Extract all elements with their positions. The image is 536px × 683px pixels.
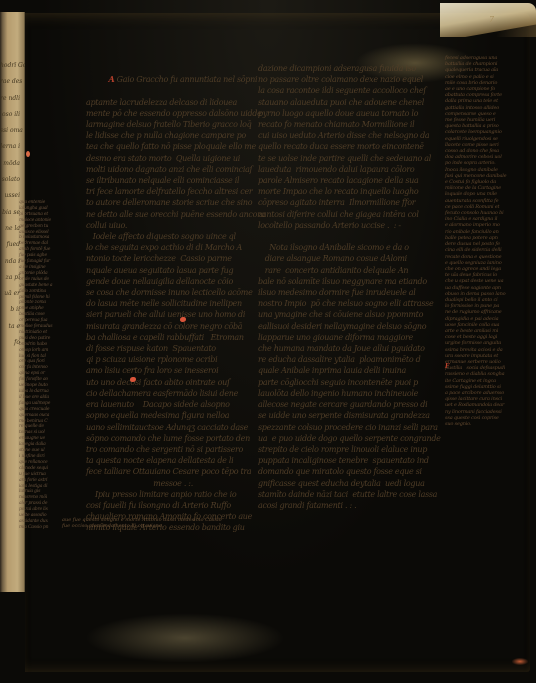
- text-line: lauolōta dello ingenio humano inchineuol…: [258, 388, 442, 399]
- text-line: acosi grandi fatamenti . : .: [258, 500, 442, 511]
- text-line: liapparue uno giouane diforma maggiore: [258, 332, 442, 343]
- text-line: cōpreso agitato interra Ilmormillione ff…: [258, 197, 442, 208]
- gloss-line: e quello segniuza lanino: [445, 260, 507, 266]
- bottom-gloss: aue fue questo songno e morte Antonio da…: [62, 517, 292, 530]
- text-line: gnificasse quest educha deytalia uedi lo…: [258, 478, 442, 489]
- right-margin-lines: fecesi adseragusa unabattallia de champi…: [445, 55, 507, 427]
- text-line: cio dellachamera easfermādo lisiui dene: [86, 388, 264, 399]
- gloss-line: suo segnio.: [445, 421, 507, 427]
- gloss-line: recate dona e questione: [445, 254, 507, 260]
- left-column-lines: aptamte lacrudelezza delcaso di lidoueam…: [86, 97, 264, 534]
- text-line: rare concerto antidianito delquale An: [258, 265, 442, 276]
- text-line: era lauenuto Dacapo sidede alsopno: [86, 399, 264, 410]
- text-line: collui uiuo.: [86, 220, 264, 231]
- text-line: uano sellimitauctsoe Adunqʒ cacciato das…: [86, 422, 264, 433]
- text-fragment: oso ili: [0, 107, 25, 123]
- text-line: ne detto alle sue orecchi puēne essendo …: [86, 209, 264, 220]
- gloss-line: qualequeria tracua aīa: [445, 67, 507, 73]
- gloss-line: auenturata sconfitta fe: [445, 198, 507, 204]
- text-line: larmagine delsuo fratello Tiberio gracco…: [86, 119, 264, 130]
- page-corner-stack: [440, 3, 536, 37]
- gloss-line: rio anibale fanciullo an: [445, 229, 507, 235]
- text-line: zantosi diferire collui che giagea intēr…: [258, 209, 442, 220]
- text-line: uto uno decosi facto abito ointrate ouſ: [86, 377, 264, 388]
- paragraph-mark-icon: [180, 317, 186, 322]
- text-line: spezzante colsuo procedere cio inanzi se…: [258, 422, 442, 433]
- text-line: no passare oltre colamano dexe nazio equ…: [258, 74, 442, 85]
- text-line: lo che seguita expo acthio di di Marcho …: [86, 242, 264, 253]
- gloss-line: rassieno e diablia songha: [445, 371, 507, 377]
- text-line: le lidisse che p nulla chagione campare …: [86, 130, 264, 141]
- red-edge-fleck: [26, 151, 30, 157]
- text-line: ba challiosa e capelli rabbuffati Etroma…: [86, 332, 264, 343]
- parchment-stain: [85, 613, 285, 663]
- text-line: Iodele affecto diquesto sogno uince ql: [86, 231, 264, 242]
- text-line: ntonio tocte lericchezze Cassio parme: [86, 253, 264, 264]
- text-line: amo lisiu certo fra loro se inesseroi: [86, 365, 264, 376]
- gloss-line: ua duffese sagionte apn: [445, 285, 507, 291]
- right-column-lines: dazione dicampioni adseragusa fuuida iso…: [258, 63, 442, 511]
- text-line: allecose negate cercare guardando presso…: [258, 399, 442, 410]
- text-line: misurata grandezza cō colore negro cōbā: [86, 321, 264, 332]
- text-line: sieri parueli che allui uenisse uno homo…: [86, 309, 264, 320]
- gloss-line: ne de rugiumo affricane: [445, 309, 507, 315]
- text-line: quale Anibale inprima lauia delli inuina: [258, 365, 442, 376]
- gloss-line: mia Cassio pn: [19, 525, 63, 531]
- gloss-line: cina elli de sidercia delli: [445, 247, 507, 253]
- text-line: la cosa racontoe ildi seguente accolloco…: [258, 85, 442, 96]
- text-line: aptamte lacrudelezza delcaso di lidouea: [86, 97, 264, 108]
- text-line: una ymagine che si cōuiene alsuo ppommto: [258, 309, 442, 320]
- left-text-column: A Gaio Graccho fu annuntiata nel sōpni a…: [86, 63, 264, 534]
- text-line: diare alsangue Romano cosue dAlomi: [258, 253, 442, 264]
- manuscript-photo: hodrī Gorae desre ndlioso ilissi omalern…: [0, 0, 536, 683]
- gloss-line: dalla prima una tele et: [445, 98, 507, 104]
- text-line: mente pō che essendo oppresso dalsōno ui…: [86, 108, 264, 119]
- text-line: quello recato duca essere morto einconte…: [258, 141, 442, 152]
- right-margin-annotations: fecesi adseragusa unabattallia de champi…: [445, 55, 507, 427]
- text-line: morte Impao che lo recato inquello luogh…: [258, 186, 442, 197]
- text-line: se cosa che dormisse inuno lecticello ac…: [86, 287, 264, 298]
- text-fragment: rae des: [0, 74, 25, 90]
- text-line: qi p sciuza uisione rplonome ocribi: [86, 354, 264, 365]
- bottom-gloss-lines: aue fue questo songno e morte Antonio da…: [62, 517, 292, 530]
- text-line: parole Almisero recato lacagione della s…: [258, 175, 442, 186]
- text-line: se uidde uno serpente dismisurata grande…: [258, 410, 442, 421]
- text-line: di fosse rispuse katon Spauentato: [86, 343, 264, 354]
- gloss-line: ny linormani facciadessi: [445, 409, 507, 415]
- text-line: ua e puo uidde dogo quello serpente cong…: [258, 433, 442, 444]
- text-line: cui uiso ueduto Arterio disse che nelsog…: [258, 130, 442, 141]
- text-line: gende doue nellauigilia dellanocte cōio: [86, 276, 264, 287]
- text-line: cosi fauelli fu ilsongno di Arterio Ruff…: [86, 500, 264, 511]
- text-line: puppata incaliginose tenebre spauentato …: [258, 455, 442, 466]
- text-line: parte cōgliocchi seguio incontenēte puoi…: [258, 377, 442, 388]
- gloss-line: colarcete loempuangnio: [445, 129, 507, 135]
- text-line: laueduta rimouendo dalui lapaura cōloro: [258, 164, 442, 175]
- text-fragment: hodrī Go: [0, 58, 25, 74]
- gloss-line: dipragidia e pai adecia: [445, 316, 507, 322]
- text-line: locoltello passando Arterio uccise . : -: [258, 220, 442, 231]
- text-line: [258, 231, 442, 242]
- folio-number: 7: [489, 15, 494, 24]
- text-line: to autore delleromane storie scriue che …: [86, 197, 264, 208]
- text-line: strepito de cielo rompre linouoli elaluc…: [258, 444, 442, 455]
- text-line: bale nō solamīte ilsuo neggynare ma etia…: [258, 276, 442, 287]
- text-line: ilsuo medesimo dormire fue inrudeuele al: [258, 287, 442, 298]
- text-line: recato fo menato chiamato Mormillione il: [258, 119, 442, 130]
- text-line: nquale aueua seguitato lasua parte fug: [86, 265, 264, 276]
- text-fragment: lerna i: [0, 139, 25, 155]
- gloss-line: fue occiso plemandamento di ottauiano.: [62, 523, 292, 529]
- text-line: se iltribunato nelquale elli cominciasse…: [86, 175, 264, 186]
- left-margin-lines: qua entemielalungha gualpi ortsuana etma…: [19, 200, 63, 531]
- text-line: te se uolse inde partire quelli che sede…: [258, 153, 442, 164]
- text-line: desmo era stato morto Quella uigione ui: [86, 153, 264, 164]
- text-fragment: re ndli: [0, 91, 25, 107]
- text-line: messoe . :.: [86, 478, 264, 489]
- text-line: stauano alaueduta puoi che adouene chene…: [258, 97, 442, 108]
- text-line: molti uidono dagnato anzi che elli comin…: [86, 164, 264, 175]
- left-margin-annotations: qua entemielalungha gualpi ortsuana etma…: [19, 200, 63, 531]
- gloss-line: equelli riuolgendosi se: [445, 136, 507, 142]
- text-line: sōpno comando che lume fosse portato den: [86, 433, 264, 444]
- gloss-line: obuso in dema passo lano: [445, 291, 507, 297]
- text-line: dazione dicampioni adseragusa fuuida iso: [258, 63, 442, 74]
- gloss-line: uet e Rodiamandola dear: [445, 402, 507, 408]
- rubric-letter: F: [445, 363, 449, 370]
- text-line: pyrno luogo aquello doue aueua tornato l…: [258, 108, 442, 119]
- text-fragment: ssi oma: [0, 123, 25, 139]
- text-fragment: solato: [0, 172, 25, 188]
- text-line: re educha dassalire ytalia ploamonimēto …: [258, 354, 442, 365]
- red-edge-fleck: [512, 658, 528, 665]
- gloss-line: Inoca ilsogno danibale: [445, 167, 507, 173]
- text-line: fece talliare Ottauiano Cesare poco tēpo…: [86, 466, 264, 477]
- text-line: tri fece lamorte delfratello feccho altr…: [86, 186, 264, 197]
- right-text-column: dazione dicampioni adseragusa fuuida iso…: [258, 63, 442, 511]
- gloss-line: gattialla intosso allideo: [445, 105, 507, 111]
- fore-edge-page-stack: [505, 3, 536, 669]
- text-line: A Gaio Graccho fu annuntiata nel sōpni: [86, 63, 264, 97]
- text-line: eallisuoi desideri nellaymagine delsuo s…: [258, 321, 442, 332]
- gloss-line: e alormano imperio mo: [445, 222, 507, 228]
- text-line: tea che quello fatto nō pisse ploquale e…: [86, 141, 264, 152]
- text-line: Ipiu presso limitare anpio ratio che io: [86, 489, 264, 500]
- text-line: sopno equella medesima figura nelloa: [86, 410, 264, 421]
- text-line: tro comando che sergenti nō si partisser…: [86, 444, 264, 455]
- paragraph-mark-icon: [130, 377, 136, 382]
- text-line-rest: Gaio Graccho fu annuntiata nel sōpni: [114, 75, 257, 84]
- text-line: nostro Impio pō che nelsuo sogno elli at…: [258, 298, 442, 309]
- text-line: ta questa nocte elapena dellatesta de li: [86, 455, 264, 466]
- text-line: stamīto dainde nāzi taci etutte laltre c…: [258, 489, 442, 500]
- gloss-line: che u spat deste uene ua: [445, 278, 507, 284]
- text-line: che humana mandato da Joue allui pguidat…: [258, 343, 442, 354]
- text-line: Nota ilsogno dAniballe sicomo e da o: [258, 242, 442, 253]
- gloss-line: urgine formisse anguita: [445, 340, 507, 346]
- text-line: do lasua mēte nelle sollicitudine inelli…: [86, 298, 264, 309]
- text-fragment: mōda: [0, 156, 25, 172]
- gloss-line: ssima brevita aciosi e da: [445, 347, 507, 353]
- text-line: domando que miratolo questo fosse eque s…: [258, 466, 442, 477]
